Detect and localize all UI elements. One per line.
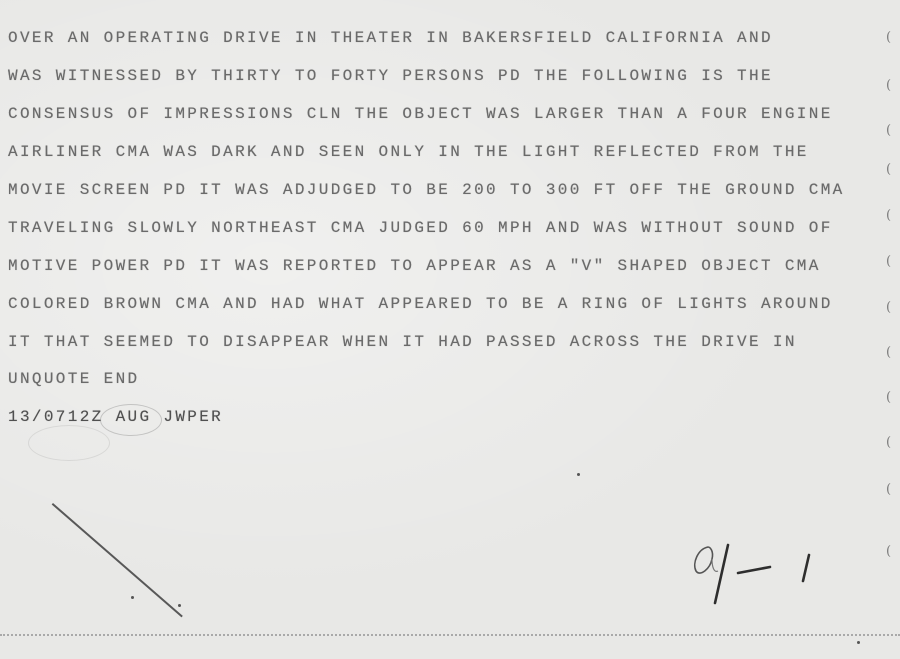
text-line-6: TRAVELING SLOWLY NORTHEAST CMA JUDGED 60… [8,219,833,237]
ink-speck [131,596,134,599]
scanned-teletype-page: OVER AN OPERATING DRIVE IN THEATER IN BA… [0,0,900,659]
margin-mark: ( [886,162,891,177]
faint-stamp-mark-2 [28,425,110,461]
margin-mark: ( [886,123,891,138]
margin-mark: ( [886,482,891,497]
diagonal-pen-stroke [52,503,183,617]
margin-mark: ( [886,300,891,315]
margin-mark: ( [886,208,891,223]
margin-mark: ( [886,435,891,450]
margin-mark: ( [886,78,891,93]
text-line-4: AIRLINER CMA WAS DARK AND SEEN ONLY IN T… [8,143,809,161]
text-line-2: WAS WITNESSED BY THIRTY TO FORTY PERSONS… [8,67,773,85]
margin-mark: ( [886,544,891,559]
margin-mark: ( [886,30,891,45]
text-line-3: CONSENSUS OF IMPRESSIONS CLN THE OBJECT … [8,105,833,123]
tear-line [0,634,900,636]
text-line-8: COLORED BROWN CMA AND HAD WHAT APPEARED … [8,295,833,313]
margin-mark: ( [886,390,891,405]
faint-stamp-mark [100,404,162,436]
text-line-1: OVER AN OPERATING DRIVE IN THEATER IN BA… [8,29,773,47]
text-line-10: UNQUOTE END [8,370,139,388]
ink-speck [178,604,181,607]
margin-mark: ( [886,345,891,360]
text-line-7: MOTIVE POWER PD IT WAS REPORTED TO APPEA… [8,257,821,275]
ink-speck [577,473,580,476]
text-line-5: MOVIE SCREEN PD IT WAS ADJUDGED TO BE 20… [8,181,845,199]
margin-mark: ( [886,254,891,269]
text-line-9: IT THAT SEEMED TO DISAPPEAR WHEN IT HAD … [8,333,797,351]
handwritten-annotation [690,535,820,625]
ink-speck [857,641,860,644]
